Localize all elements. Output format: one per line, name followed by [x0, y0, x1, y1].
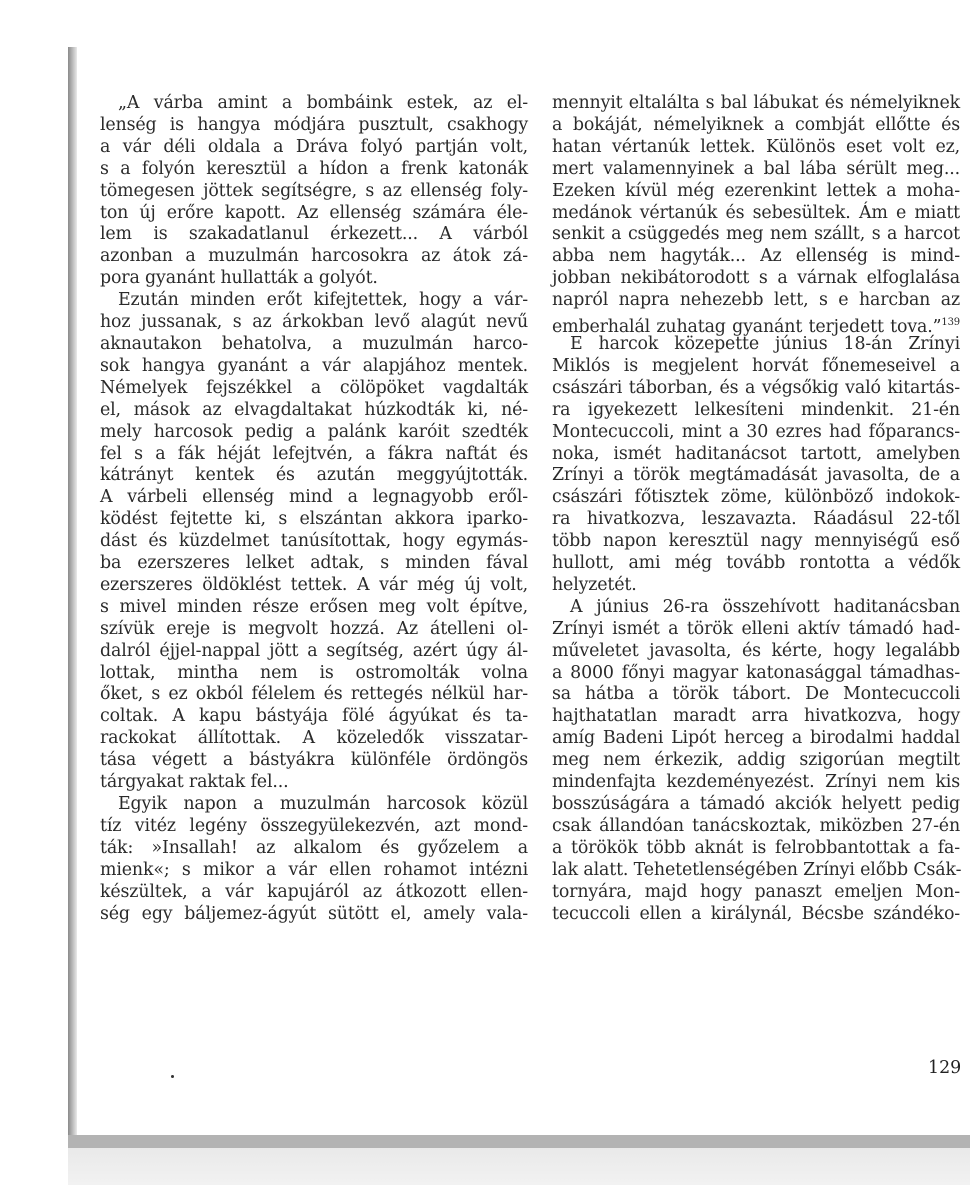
line-text: ra igyekezett lelkesíteni mindenkit. 21-… — [552, 400, 960, 420]
line-text: császári főtisztek zöme, különböző indok… — [552, 487, 960, 507]
text-line: coltak. A kapu bástyája fölé ágyúkat és … — [100, 706, 528, 728]
scan-background — [68, 1148, 970, 1185]
text-line: lak alatt. Tehetetlenségében Zrínyi előb… — [552, 860, 960, 882]
text-line: s mivel minden része erősen meg volt épí… — [100, 597, 528, 619]
line-text: ba ezerszeres lelket adtak, s minden fáv… — [100, 553, 528, 573]
line-text: pora gyanánt hullatták a golyót. — [100, 268, 378, 288]
line-text: hajthatatlan maradt arra hivatkozva, hog… — [552, 706, 960, 726]
line-text: rackokat állítottak. A közeledők visszat… — [100, 728, 528, 748]
line-text: tása végett a bástyákra különféle ördöng… — [100, 750, 528, 770]
text-line: sok hangya gyanánt a vár alapjához mente… — [100, 356, 528, 378]
line-text: noka, ismét haditanácsot tartott, amelyb… — [552, 444, 960, 464]
text-line: Montecuccoli, mint a 30 ezres had főpara… — [552, 422, 960, 444]
line-text: a törökök több aknát is felrobbantottak … — [552, 838, 960, 858]
text-line: Ezután minden erőt kifejtettek, hogy a v… — [100, 290, 528, 312]
line-text: Zrínyi a török megtámadását javasolta, d… — [552, 465, 960, 485]
text-line: több napon keresztül nagy mennyiségű eső — [552, 531, 960, 553]
line-text: s a folyón keresztül a hídon a frenk kat… — [100, 159, 528, 179]
line-text: Montecuccoli, mint a 30 ezres had főpara… — [552, 422, 960, 442]
text-line: medánok vértanúk és sebesültek. Ám e mia… — [552, 203, 960, 225]
line-text: tömegesen jöttek segítségre, s az ellens… — [100, 181, 528, 201]
text-line: abba nem hagyták... Az ellenség is mind- — [552, 246, 960, 268]
text-line: a vár déli oldala a Dráva folyó partján … — [100, 137, 528, 159]
line-text: hatan vértanúk lettek. Különös eset volt… — [552, 137, 960, 157]
line-text: meg nem érkezik, addig szigorúan megtilt — [552, 750, 960, 770]
text-line: tömegesen jöttek segítségre, s az ellens… — [100, 181, 528, 203]
text-line: senkit a csüggedés meg nem szállt, s a h… — [552, 224, 960, 246]
text-line: meg nem érkezik, addig szigorúan megtilt — [552, 750, 960, 772]
text-line: császári táborban, és a végsőkig való ki… — [552, 378, 960, 400]
line-text: lenség is hangya módjára pusztult, csakh… — [100, 115, 528, 135]
line-text: Ezután minden erőt kifejtettek, hogy a v… — [118, 290, 528, 310]
line-text: azonban a muzulmán harcosokra az átok zá… — [100, 246, 528, 266]
line-text: A várbeli ellenség mind a legnagyobb erő… — [100, 487, 528, 507]
line-text: s mivel minden része erősen meg volt épí… — [100, 597, 528, 617]
line-text: műveletet javasolta, és kérte, hogy lega… — [552, 641, 960, 661]
text-line: helyzetét. — [552, 575, 960, 597]
text-line: rackokat állítottak. A közeledők visszat… — [100, 728, 528, 750]
line-text: medánok vértanúk és sebesültek. Ám e mia… — [552, 203, 960, 223]
text-line: A június 26-ra összehívott haditanácsban — [552, 597, 960, 619]
line-text: ton új erőre kapott. Az ellenség számára… — [100, 203, 528, 223]
text-line: ton új erőre kapott. Az ellenség számára… — [100, 203, 528, 225]
line-text: csak állandóan tanácskoztak, miközben 27… — [552, 816, 960, 836]
line-text: sa hátba a török tábort. De Montecuccoli — [552, 684, 960, 704]
text-line: Miklós is megjelent horvát főnemeseivel … — [552, 356, 960, 378]
text-line: készültek, a vár kapujáról az átkozott e… — [100, 882, 528, 904]
line-text: a bokáját, némelyiknek a combját ellőtte… — [552, 115, 960, 135]
line-text: A június 26-ra összehívott haditanácsban — [570, 597, 960, 617]
line-text: Egyik napon a muzulmán harcosok közül — [118, 794, 528, 814]
right-text-column: mennyit eltalálta s bal lábukat és némel… — [552, 93, 960, 925]
text-line: A várbeli ellenség mind a legnagyobb erő… — [100, 487, 528, 509]
text-line: őket, s ez okból félelem és rettegés nél… — [100, 684, 528, 706]
text-line: amíg Badeni Lipót herceg a birodalmi had… — [552, 728, 960, 750]
line-text: napról napra nehezebb lett, s e harcban … — [552, 290, 960, 310]
line-text: tecuccoli ellen a királynál, Bécsbe szán… — [552, 904, 960, 924]
text-line: ra hivatkozva, leszavazta. Ráadásul 22-t… — [552, 509, 960, 531]
line-text: a 8000 főnyi magyar katonasággal támadha… — [552, 663, 960, 683]
line-text: sok hangya gyanánt a vár alapjához mente… — [100, 356, 528, 376]
line-text: „A várba amint a bombáink estek, az el- — [118, 93, 528, 113]
text-line: Zrínyi a török megtámadását javasolta, d… — [552, 465, 960, 487]
text-line: hullott, ami még tovább rontotta a védők — [552, 553, 960, 575]
text-line: ták: »Insallah! az alkalom és győzelem a — [100, 838, 528, 860]
text-line: ködést fejtette ki, s elszántan akkora i… — [100, 509, 528, 531]
line-text: ra hivatkozva, leszavazta. Ráadásul 22-t… — [552, 509, 960, 529]
line-text: szívük ereje is megvolt hozzá. Az átelle… — [100, 619, 528, 639]
line-text: mennyit eltalálta s bal lábukat és némel… — [552, 93, 960, 113]
line-text: jobban nekibátorodott s a várnak elfogla… — [552, 268, 960, 288]
text-line: tíz vitéz legény összegyülekezvén, azt m… — [100, 816, 528, 838]
text-line: Ezeken kívül még ezerenkint lettek a moh… — [552, 181, 960, 203]
text-line: Egyik napon a muzulmán harcosok közül — [100, 794, 528, 816]
text-line: ség egy báljemez-ágyút sütött el, amely … — [100, 904, 528, 926]
text-line: Zrínyi ismét a török elleni aktív támadó… — [552, 619, 960, 641]
line-text: coltak. A kapu bástyája fölé ágyúkat és … — [100, 706, 528, 726]
book-spine-shadow — [68, 47, 77, 1185]
text-line: dalról éjjel-nappal jött a segítség, azé… — [100, 641, 528, 663]
text-line: császári főtisztek zöme, különböző indok… — [552, 487, 960, 509]
text-line: lottak, mintha nem is ostromolták volna — [100, 663, 528, 685]
line-text: lottak, mintha nem is ostromolták volna — [100, 663, 528, 683]
text-line: dást és küzdelmet tanúsítottak, hogy egy… — [100, 531, 528, 553]
line-text: hullott, ami még tovább rontotta a védők — [552, 553, 960, 573]
text-line: pora gyanánt hullatták a golyót. — [100, 268, 528, 290]
line-text: Ezeken kívül még ezerenkint lettek a moh… — [552, 181, 960, 201]
line-text: bosszúságára a támadó akciók helyett ped… — [552, 794, 960, 814]
text-line: szívük ereje is megvolt hozzá. Az átelle… — [100, 619, 528, 641]
text-line: „A várba amint a bombáink estek, az el- — [100, 93, 528, 115]
text-line: kátrányt kentek és azután meggyújtották. — [100, 465, 528, 487]
line-text: őket, s ez okból félelem és rettegés nél… — [100, 684, 528, 704]
left-text-column: „A várba amint a bombáink estek, az el-l… — [100, 93, 528, 925]
text-line: mienk«; s mikor a vár ellen rohamot inté… — [100, 860, 528, 882]
text-line: csak állandóan tanácskoztak, miközben 27… — [552, 816, 960, 838]
text-line: a bokáját, némelyiknek a combját ellőtte… — [552, 115, 960, 137]
text-line: mert valamennyinek a bal lába sérült meg… — [552, 159, 960, 181]
text-line: ba ezerszeres lelket adtak, s minden fáv… — [100, 553, 528, 575]
footnote-reference: 139 — [941, 317, 960, 328]
page-bottom-edge — [68, 1135, 970, 1148]
text-line: hajthatatlan maradt arra hivatkozva, hog… — [552, 706, 960, 728]
line-text: abba nem hagyták... Az ellenség is mind- — [552, 246, 960, 266]
text-line: bosszúságára a támadó akciók helyett ped… — [552, 794, 960, 816]
line-text: mely harcosok pedig a palánk karóit szed… — [100, 422, 528, 442]
text-line: mindenfajta kezdeményezést. Zrínyi nem k… — [552, 772, 960, 794]
text-line: sa hátba a török tábort. De Montecuccoli — [552, 684, 960, 706]
line-text: ták: »Insallah! az alkalom és győzelem a — [100, 838, 528, 858]
text-line: tornyára, majd hogy panaszt emeljen Mon- — [552, 882, 960, 904]
line-text: több napon keresztül nagy mennyiségű eső — [552, 531, 960, 551]
line-text: tornyára, majd hogy panaszt emeljen Mon- — [552, 882, 960, 902]
text-line: jobban nekibátorodott s a várnak elfogla… — [552, 268, 960, 290]
text-line: lem is szakadatlanul érkezett... A várbó… — [100, 224, 528, 246]
text-line: aknautakon behatolva, a muzulmán harco- — [100, 334, 528, 356]
text-line: tása végett a bástyákra különféle ördöng… — [100, 750, 528, 772]
text-line: hatan vértanúk lettek. Különös eset volt… — [552, 137, 960, 159]
text-line: ra igyekezett lelkesíteni mindenkit. 21-… — [552, 400, 960, 422]
line-text: aknautakon behatolva, a muzulmán harco- — [100, 334, 528, 354]
text-line: műveletet javasolta, és kérte, hogy lega… — [552, 641, 960, 663]
text-line: fel s a fák héját lefejtvén, a fákra naf… — [100, 444, 528, 466]
text-line: Némelyek fejszékkel a cölöpöket vagdaltá… — [100, 378, 528, 400]
text-line: lenség is hangya módjára pusztult, csakh… — [100, 115, 528, 137]
text-line: s a folyón keresztül a hídon a frenk kat… — [100, 159, 528, 181]
line-text: el, mások az elvagdaltakat húzkodták ki,… — [100, 400, 528, 420]
line-text: senkit a csüggedés meg nem szállt, s a h… — [552, 224, 960, 244]
line-text: mienk«; s mikor a vár ellen rohamot inté… — [100, 860, 528, 880]
text-line: a 8000 főnyi magyar katonasággal támadha… — [552, 663, 960, 685]
text-line: el, mások az elvagdaltakat húzkodták ki,… — [100, 400, 528, 422]
text-line: noka, ismét haditanácsot tartott, amelyb… — [552, 444, 960, 466]
line-text: Miklós is megjelent horvát főnemeseivel … — [552, 356, 960, 376]
line-text: Némelyek fejszékkel a cölöpöket vagdaltá… — [100, 378, 528, 398]
text-line: E harcok közepette június 18-án Zrínyi — [552, 334, 960, 356]
line-text: hoz jussanak, s az árkokban levő alagút … — [100, 312, 528, 332]
line-text: mert valamennyinek a bal lába sérült meg… — [552, 159, 960, 179]
text-line: mennyit eltalálta s bal lábukat és némel… — [552, 93, 960, 115]
text-line: a törökök több aknát is felrobbantottak … — [552, 838, 960, 860]
line-text: tíz vitéz legény összegyülekezvén, azt m… — [100, 816, 528, 836]
text-line: mely harcosok pedig a palánk karóit szed… — [100, 422, 528, 444]
line-text: ezerszeres öldöklést tettek. A vár még ú… — [100, 575, 528, 595]
line-text: helyzetét. — [552, 575, 637, 595]
text-line: ezerszeres öldöklést tettek. A vár még ú… — [100, 575, 528, 597]
line-text: mindenfajta kezdeményezést. Zrínyi nem k… — [552, 772, 960, 792]
line-text: dást és küzdelmet tanúsítottak, hogy egy… — [100, 531, 528, 551]
line-text: amíg Badeni Lipót herceg a birodalmi had… — [552, 728, 960, 748]
line-text: ség egy báljemez-ágyút sütött el, amely … — [100, 904, 528, 924]
line-text: E harcok közepette június 18-án Zrínyi — [570, 334, 960, 354]
line-text: tárgyakat raktak fel... — [100, 772, 288, 792]
text-line: napról napra nehezebb lett, s e harcban … — [552, 290, 960, 312]
text-line: tárgyakat raktak fel... — [100, 772, 528, 794]
line-text: készültek, a vár kapujáról az átkozott e… — [100, 882, 528, 902]
line-text: kátrányt kentek és azután meggyújtották. — [100, 465, 528, 485]
text-line: emberhalál zuhatag gyanánt terjedett tov… — [552, 312, 960, 334]
scan-speck — [171, 1075, 174, 1078]
line-text: dalról éjjel-nappal jött a segítség, azé… — [100, 641, 528, 661]
line-text: Zrínyi ismét a török elleni aktív támadó… — [552, 619, 960, 639]
line-text: lem is szakadatlanul érkezett... A várbó… — [100, 224, 528, 244]
text-line: hoz jussanak, s az árkokban levő alagút … — [100, 312, 528, 334]
line-text: császári táborban, és a végsőkig való ki… — [552, 378, 960, 398]
text-line: tecuccoli ellen a királynál, Bécsbe szán… — [552, 904, 960, 926]
line-text: a vár déli oldala a Dráva folyó partján … — [100, 137, 528, 157]
text-line: azonban a muzulmán harcosokra az átok zá… — [100, 246, 528, 268]
line-text: lak alatt. Tehetetlenségében Zrínyi előb… — [552, 860, 961, 880]
page-number: 129 — [928, 1058, 961, 1078]
line-text: ködést fejtette ki, s elszántan akkora i… — [100, 509, 528, 529]
line-text: fel s a fák héját lefejtvén, a fákra naf… — [100, 444, 528, 464]
